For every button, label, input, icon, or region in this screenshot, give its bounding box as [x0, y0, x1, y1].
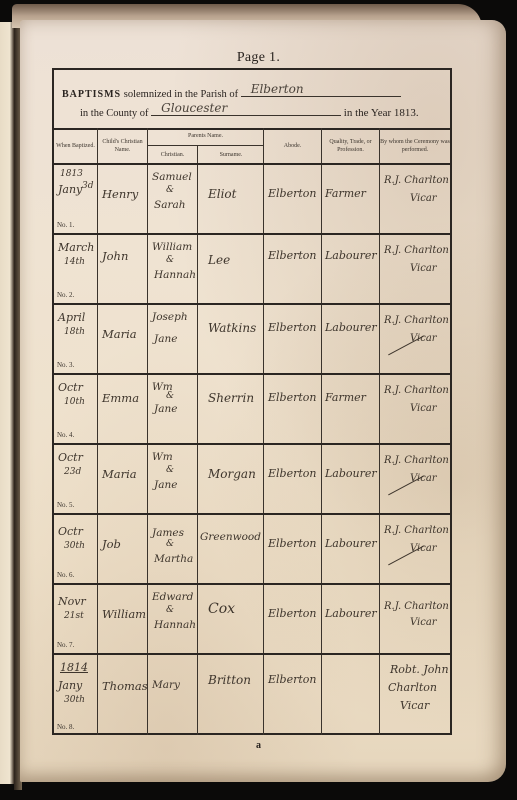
trade: Farmer — [325, 391, 366, 404]
cell-abode: Elberton — [264, 445, 322, 513]
abode: Elberton — [268, 391, 317, 404]
entry-month: Jany — [58, 679, 82, 692]
child-name: Job — [102, 537, 121, 551]
cell-child-name: Emma — [98, 375, 148, 443]
cell-when-baptized: Octr 10th No. 4. — [54, 375, 98, 443]
cell-child-name: Maria — [98, 445, 148, 513]
entry-month: Octr — [58, 525, 83, 538]
surname: Britton — [208, 673, 251, 687]
register-heading: BAPTISMS solemnized in the Parish of Elb… — [54, 70, 450, 130]
cell-child-name: Henry — [98, 165, 148, 233]
county-text: in the County of — [80, 108, 149, 119]
cell-parents-christian: Wm & Jane — [148, 445, 198, 513]
cell-officiant: R.J. Charlton Vicar — [380, 585, 450, 653]
entry-month: Octr — [58, 451, 83, 464]
cell-officiant: R.J. Charlton Vicar — [380, 165, 450, 233]
county-blank: Gloucester — [151, 103, 341, 116]
table-row: April 18th No. 3. Maria Joseph Jane Watk… — [54, 305, 450, 375]
parish-line: BAPTISMS solemnized in the Parish of Elb… — [62, 84, 401, 100]
cell-when-baptized: Octr 30th No. 6. — [54, 515, 98, 583]
cell-trade: Labourer — [322, 235, 380, 303]
cell-abode: Elberton — [264, 585, 322, 653]
baptism-register-table: BAPTISMS solemnized in the Parish of Elb… — [52, 68, 452, 735]
cell-child-name: William — [98, 585, 148, 653]
col-header-parents-group: Parents Name. Christian. Surname. — [148, 128, 264, 164]
abode: Elberton — [268, 537, 317, 550]
trade: Labourer — [325, 467, 377, 480]
entry-day: 14th — [64, 257, 85, 267]
trade: Labourer — [325, 321, 377, 334]
father-name: Samuel — [152, 171, 192, 183]
cell-trade: Labourer — [322, 585, 380, 653]
entry-day: 18th — [64, 327, 85, 337]
col-header-when-baptized: When Baptized. — [54, 128, 98, 164]
ampersand: & — [166, 465, 174, 475]
cell-parents-christian: Joseph Jane — [148, 305, 198, 373]
col-header-quality: Quality, Trade, or Profession. — [322, 128, 380, 164]
parish-text: solemnized in the Parish of — [124, 89, 238, 100]
entry-year: 1814 — [60, 661, 88, 674]
cell-trade — [322, 655, 380, 735]
surname: Watkins — [208, 321, 256, 335]
cell-surname: Greenwood — [198, 515, 264, 583]
cell-child-name: John — [98, 235, 148, 303]
col-header-abode: Abode. — [264, 128, 322, 164]
cell-officiant: R.J. Charlton Vicar — [380, 375, 450, 443]
trade: Labourer — [325, 249, 377, 262]
officiant-name: R.J. Charlton — [384, 245, 449, 256]
cell-parents-christian: Edward & Hannah — [148, 585, 198, 653]
table-row: March 14th No. 2. John William & Hannah … — [54, 235, 450, 305]
abode: Elberton — [268, 249, 317, 262]
signature-flourish — [388, 546, 424, 566]
mother-name: Hannah — [154, 619, 196, 631]
parish-blank: Elberton — [241, 84, 401, 97]
surname: Greenwood — [200, 531, 261, 543]
table-row: Novr 21st No. 7. William Edward & Hannah… — [54, 585, 450, 655]
entry-number: No. 4. — [57, 431, 74, 439]
trade: Labourer — [325, 537, 377, 550]
cell-surname: Sherrin — [198, 375, 264, 443]
abode: Elberton — [268, 607, 317, 620]
signature-flourish — [388, 336, 424, 356]
ampersand: & — [166, 185, 174, 195]
baptisms-label: BAPTISMS — [62, 89, 121, 100]
trade: Farmer — [325, 187, 366, 200]
col-header-by-whom: By whom the Ceremony was performed. — [380, 128, 450, 164]
cell-surname: Morgan — [198, 445, 264, 513]
entry-day: 23d — [64, 467, 81, 477]
cell-officiant: R.J. Charlton Vicar — [380, 515, 450, 583]
cell-officiant: Robt. John Charlton Vicar — [380, 655, 450, 735]
table-row: Octr 23d No. 5. Maria Wm & Jane Morgan E… — [54, 445, 450, 515]
entry-number: No. 3. — [57, 361, 74, 369]
ampersand: & — [166, 255, 174, 265]
printer-signature-mark: a — [0, 740, 517, 751]
cell-child-name: Job — [98, 515, 148, 583]
cell-child-name: Thomas — [98, 655, 148, 735]
abode: Elberton — [268, 673, 317, 686]
child-name: William — [102, 607, 146, 621]
entry-number: No. 8. — [57, 723, 74, 731]
father-name: James — [152, 527, 184, 539]
entry-day: 21st — [64, 611, 84, 621]
father-name: Joseph — [152, 311, 188, 323]
cell-trade: Farmer — [322, 165, 380, 233]
cell-surname: Cox — [198, 585, 264, 653]
officiant-name: R.J. Charlton — [384, 601, 449, 612]
cell-child-name: Maria — [98, 305, 148, 373]
entry-day: 30th — [64, 541, 85, 551]
cell-officiant: R.J. Charlton Vicar — [380, 235, 450, 303]
ampersand: & — [166, 605, 174, 615]
officiant-title: Vicar — [410, 617, 437, 628]
cell-surname: Lee — [198, 235, 264, 303]
officiant-name: R.J. Charlton — [384, 525, 449, 536]
entry-year: 1813 — [60, 169, 83, 179]
col-header-surname: Surname. — [198, 146, 264, 164]
mother-name: Jane — [154, 479, 177, 491]
officiant-surname: Charlton — [388, 681, 437, 694]
cell-when-baptized: April 18th No. 3. — [54, 305, 98, 373]
trade: Labourer — [325, 607, 377, 620]
abode: Elberton — [268, 467, 317, 480]
entry-month: Jany — [58, 183, 82, 196]
table-row: 1814 Jany 30th No. 8. Thomas Mary Britto… — [54, 655, 450, 735]
cell-when-baptized: Octr 23d No. 5. — [54, 445, 98, 513]
year-text: in the Year 1813. — [344, 107, 419, 119]
entry-number: No. 7. — [57, 641, 74, 649]
cell-surname: Eliot — [198, 165, 264, 233]
child-name: Henry — [102, 187, 138, 201]
surname: Sherrin — [208, 391, 254, 405]
col-header-parents-name: Parents Name. — [148, 128, 263, 146]
child-name: Maria — [102, 327, 137, 341]
cell-trade: Farmer — [322, 375, 380, 443]
entry-number: No. 2. — [57, 291, 74, 299]
surname: Cox — [208, 601, 235, 617]
cell-parents-christian: William & Hannah — [148, 235, 198, 303]
cell-abode: Elberton — [264, 375, 322, 443]
surname: Lee — [208, 253, 230, 267]
child-name: Thomas — [102, 679, 148, 693]
cell-parents-christian: Samuel & Sarah — [148, 165, 198, 233]
col-header-christian: Christian. — [148, 146, 198, 164]
cell-trade: Labourer — [322, 515, 380, 583]
page-title: Page 1. — [0, 50, 517, 66]
cell-abode: Elberton — [264, 655, 322, 735]
county-handwritten: Gloucester — [161, 101, 227, 115]
officiant-name: R.J. Charlton — [384, 385, 449, 396]
cell-officiant: R.J. Charlton Vicar — [380, 445, 450, 513]
entry-number: No. 6. — [57, 571, 74, 579]
officiant-title: Vicar — [410, 403, 437, 414]
mother-name: Mary — [152, 679, 180, 691]
entry-day: 3d — [82, 181, 94, 191]
cell-when-baptized: Novr 21st No. 7. — [54, 585, 98, 653]
cell-parents-christian: Mary — [148, 655, 198, 735]
father-name: Wm — [152, 451, 173, 463]
cell-officiant: R.J. Charlton Vicar — [380, 305, 450, 373]
cell-surname: Watkins — [198, 305, 264, 373]
officiant-name: R.J. Charlton — [384, 315, 449, 326]
col-header-child-name: Child's Christian Name. — [98, 128, 148, 164]
cell-parents-christian: Wm & Jane — [148, 375, 198, 443]
cell-trade: Labourer — [322, 445, 380, 513]
surname: Eliot — [208, 187, 236, 201]
entry-number: No. 1. — [57, 221, 74, 229]
table-row: Octr 30th No. 6. Job James & Martha Gree… — [54, 515, 450, 585]
child-name: Maria — [102, 467, 137, 481]
register-entries: 1813 Jany 3d No. 1. Henry Samuel & Sarah… — [54, 165, 450, 735]
ampersand: & — [166, 391, 174, 401]
officiant-title: Vicar — [400, 699, 429, 712]
abode: Elberton — [268, 187, 317, 200]
cell-abode: Elberton — [264, 305, 322, 373]
mother-name: Martha — [154, 553, 193, 565]
mother-name: Jane — [154, 333, 177, 345]
cell-abode: Elberton — [264, 235, 322, 303]
cell-when-baptized: March 14th No. 2. — [54, 235, 98, 303]
cell-parents-christian: James & Martha — [148, 515, 198, 583]
father-name: William — [152, 241, 192, 253]
cell-abode: Elberton — [264, 515, 322, 583]
child-name: John — [102, 249, 128, 263]
entry-month: Novr — [58, 595, 86, 608]
signature-flourish — [388, 476, 424, 496]
table-row: 1813 Jany 3d No. 1. Henry Samuel & Sarah… — [54, 165, 450, 235]
parish-handwritten: Elberton — [251, 82, 304, 96]
father-name: Edward — [152, 591, 193, 603]
cell-surname: Britton — [198, 655, 264, 735]
abode: Elberton — [268, 321, 317, 334]
child-name: Emma — [102, 391, 139, 405]
cell-when-baptized: 1814 Jany 30th No. 8. — [54, 655, 98, 735]
entry-day: 30th — [64, 695, 85, 705]
surname: Morgan — [208, 467, 256, 481]
officiant-name: R.J. Charlton — [384, 455, 449, 466]
entry-day: 10th — [64, 397, 85, 407]
entry-month: March — [58, 241, 94, 254]
officiant-title: Vicar — [410, 193, 437, 204]
entry-number: No. 5. — [57, 501, 74, 509]
entry-month: April — [58, 311, 85, 324]
cell-abode: Elberton — [264, 165, 322, 233]
mother-name: Jane — [154, 403, 177, 415]
mother-name: Sarah — [154, 199, 186, 211]
book-page-edges — [0, 22, 14, 784]
officiant-name: R.J. Charlton — [384, 175, 449, 186]
ampersand: & — [166, 539, 174, 549]
county-line: in the County of Gloucester in the Year … — [80, 103, 419, 119]
officiant-title: Vicar — [410, 263, 437, 274]
cell-trade: Labourer — [322, 305, 380, 373]
mother-name: Hannah — [154, 269, 196, 281]
entry-month: Octr — [58, 381, 83, 394]
cell-when-baptized: 1813 Jany 3d No. 1. — [54, 165, 98, 233]
officiant-name: Robt. John — [390, 663, 449, 676]
table-row: Octr 10th No. 4. Emma Wm & Jane Sherrin … — [54, 375, 450, 445]
